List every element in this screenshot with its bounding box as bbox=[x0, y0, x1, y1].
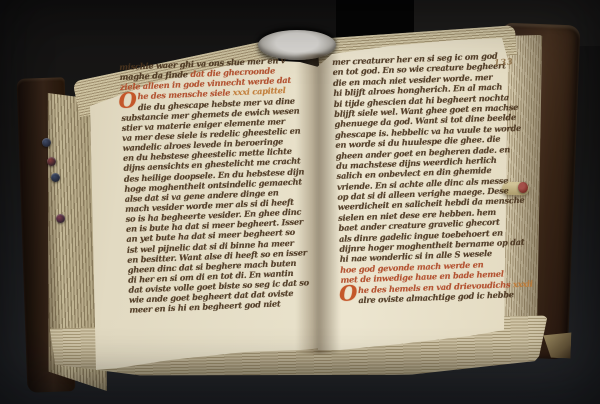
bookmark-dot bbox=[51, 173, 60, 182]
rubric-segment: xxxii bbox=[513, 278, 533, 289]
tab-knob bbox=[518, 182, 528, 193]
folio-number: 133 bbox=[494, 57, 514, 68]
left-page-text: O mischie waer ghi va ons slue mer en vm… bbox=[119, 54, 327, 316]
right-page-text: O mer creaturer her en si seg ic om gode… bbox=[332, 50, 519, 306]
bookmark-dot bbox=[42, 138, 51, 147]
bookmark-dot bbox=[56, 214, 65, 223]
bookmark-dot bbox=[47, 157, 56, 166]
manuscript-photo: O mischie waer ghi va ons slue mer en vm… bbox=[0, 0, 600, 404]
